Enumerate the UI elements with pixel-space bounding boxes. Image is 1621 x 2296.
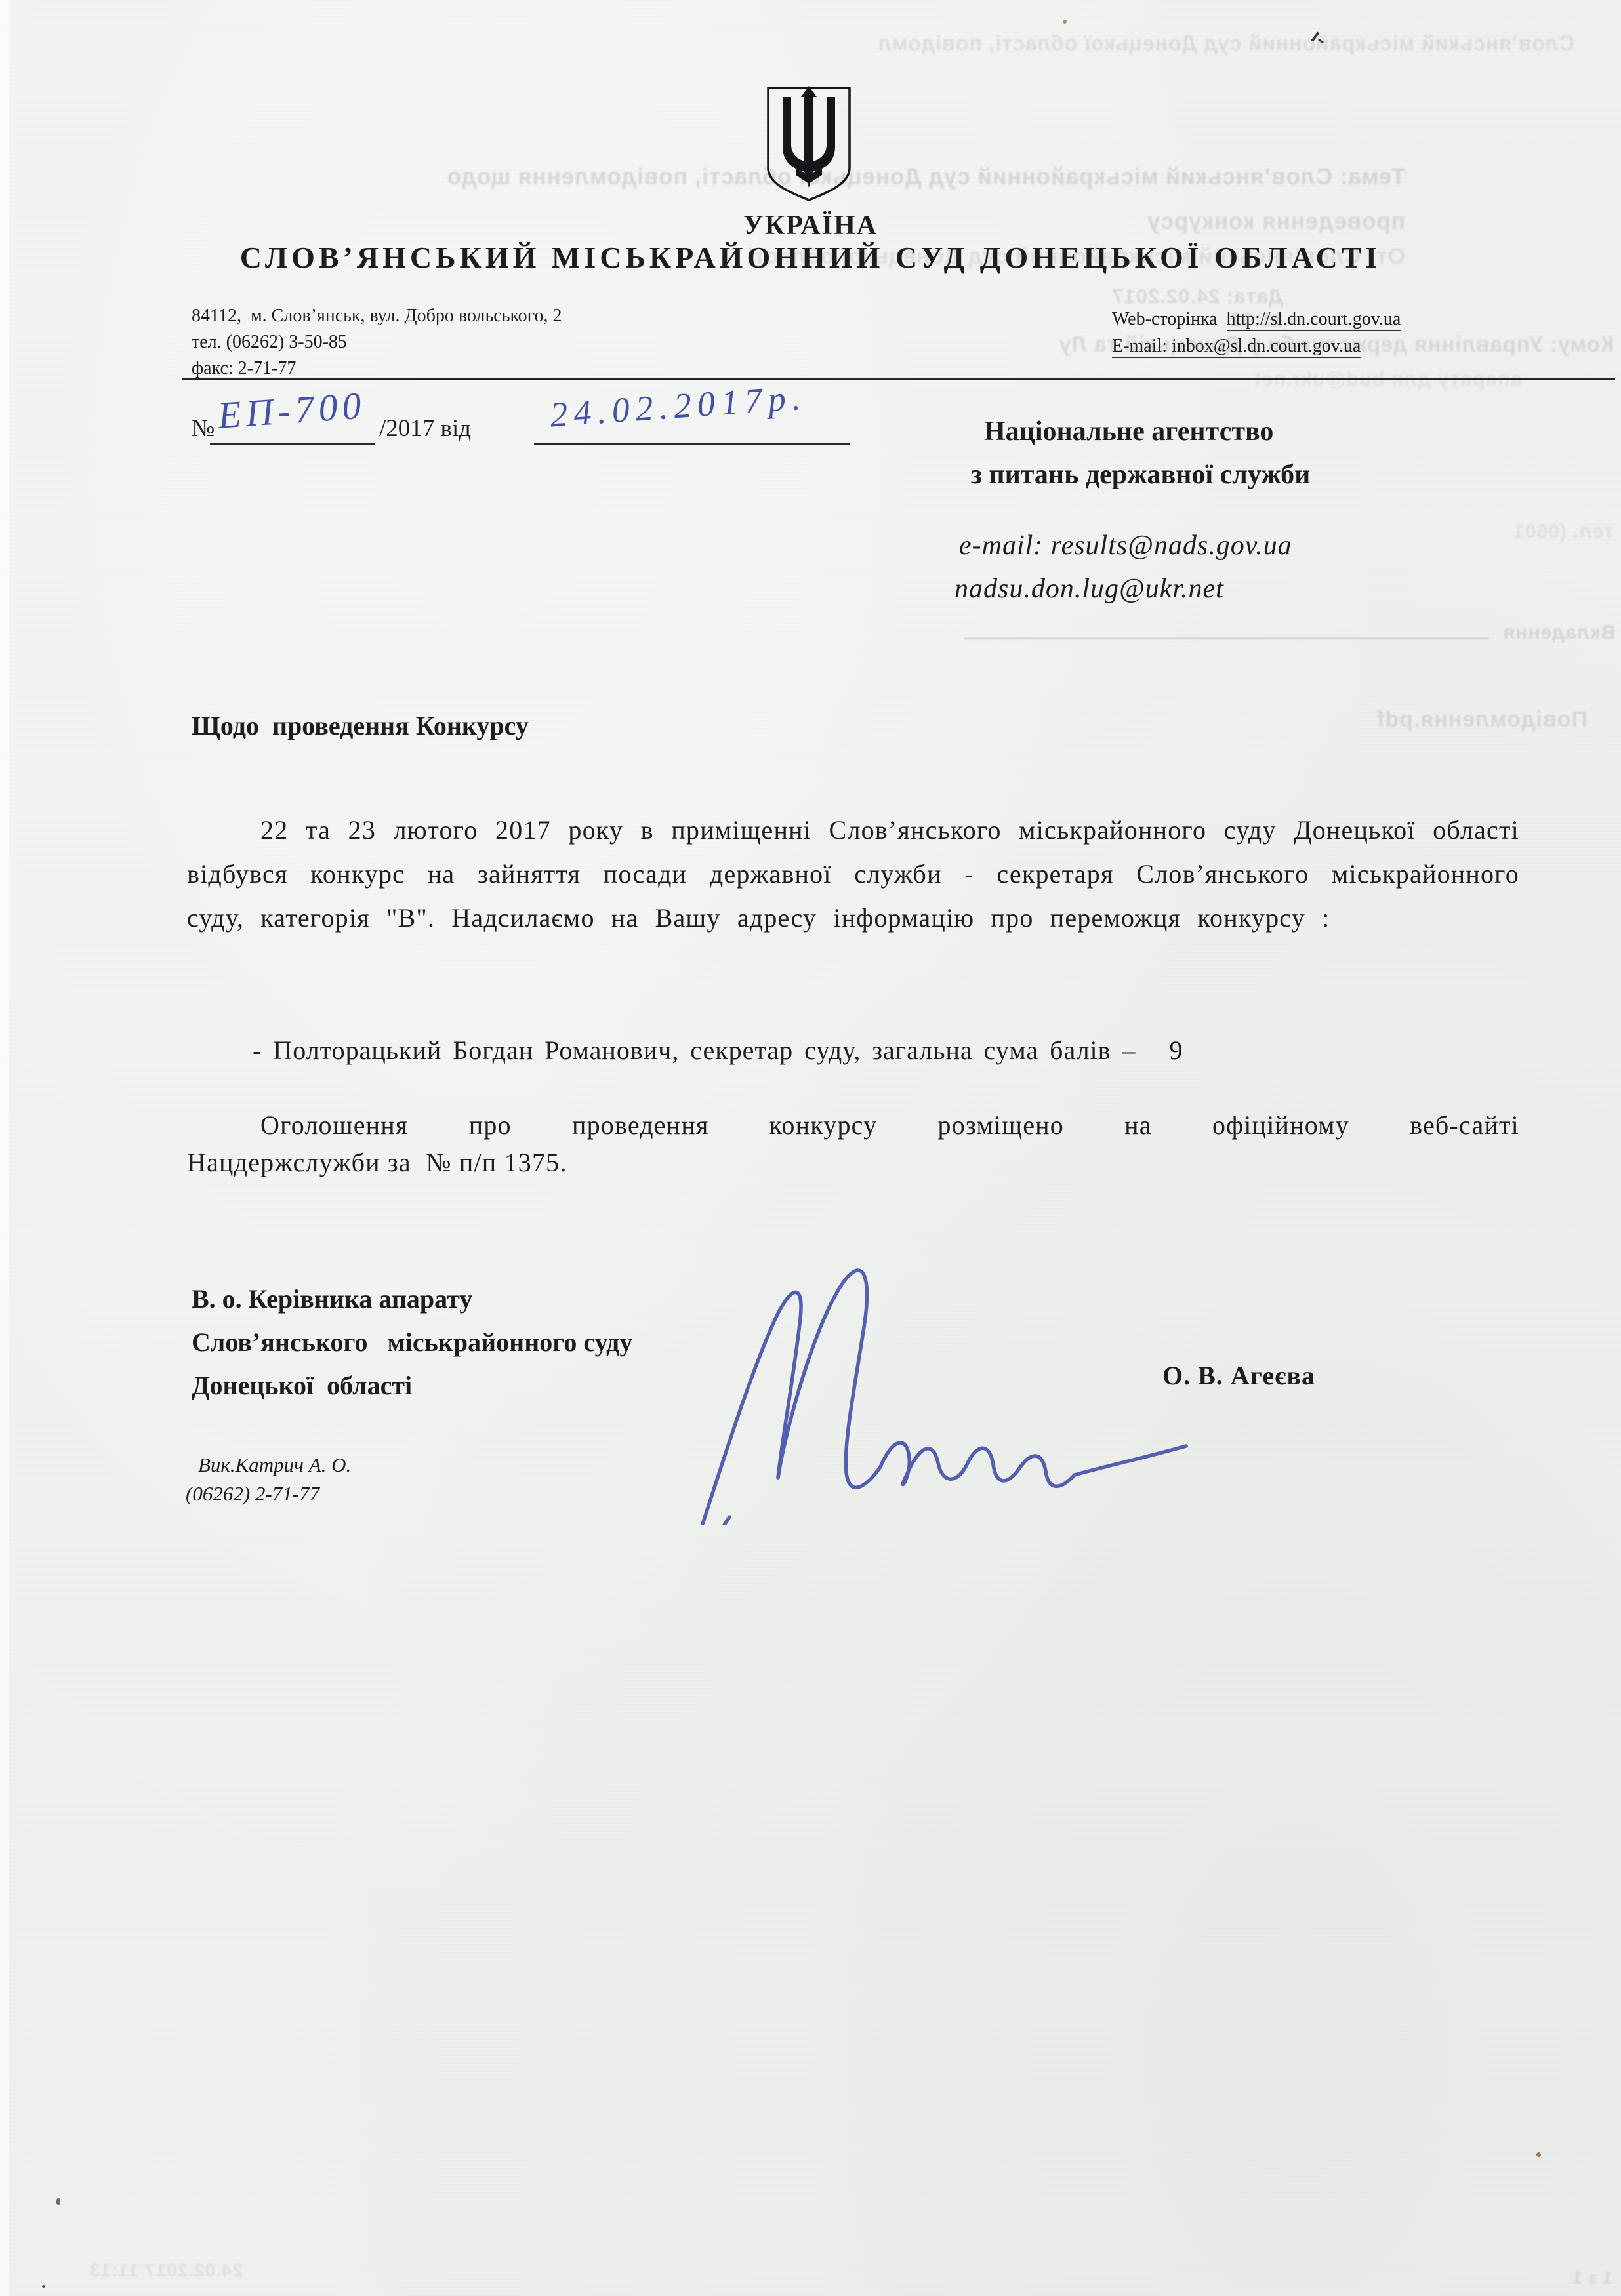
signature-ink — [669, 1210, 1207, 1525]
body-paragraph-1: 22 та 23 лютого 2017 року в приміщенні С… — [187, 808, 1519, 940]
signoff-line1: В. о. Керівника апарату — [192, 1278, 632, 1321]
sender-address-block: 84112, м. Слов’янськ, вул. Добро вольськ… — [192, 303, 562, 382]
bleedthrough-divider — [964, 637, 1489, 639]
web-label: Web-сторінка — [1112, 309, 1227, 329]
body-paragraph-2-line2: Нацдержслужби за № п/п 1375. — [187, 1147, 1519, 1178]
signoff-title-block: В. о. Керівника апарату Слов’янського мі… — [192, 1278, 632, 1407]
winner-line: - Полторацький Богдан Романович, секрета… — [253, 1035, 1499, 1066]
ref-date-underline — [534, 443, 850, 445]
scanned-letter-page: Слов’янський міськрайонний суд Донецької… — [0, 0, 1621, 2296]
sender-address: 84112, м. Слов’янськ, вул. Добро вольськ… — [192, 303, 562, 329]
bleedthrough-page-counter: 1 з 1 — [1560, 2268, 1612, 2288]
court-title: СЛОВ’ЯНСЬКИЙ МІСЬКРАЙОННИЙ СУД ДОНЕЦЬКОЇ… — [0, 240, 1621, 275]
scan-edge-highlight — [0, 0, 9, 2296]
ref-year-label: /2017 від — [379, 414, 471, 443]
web-url: http://sl.dn.court.gov.ua — [1227, 309, 1401, 331]
body-paragraph-2-line1: Оголошення про проведення конкурсу розмі… — [187, 1103, 1519, 1147]
bleedthrough-attach-file: Повідомлення.pdf — [1291, 707, 1588, 733]
addressee-email2: nadsu.don.lug@ukr.net — [954, 573, 1224, 605]
bleedthrough-footer-date: 24.02.2017 11:13 — [38, 2260, 243, 2281]
bleedthrough-attach-label: Вкладення — [1497, 622, 1615, 644]
ref-number-handwritten: ЕП-700 — [216, 383, 367, 437]
coat-of-arms-tryzub-icon — [763, 84, 855, 205]
executor-name: Вик.Катрич А. О. — [198, 1453, 351, 1477]
executor-phone: (06262) 2-71-77 — [186, 1482, 319, 1506]
signoff-line3: Донецької області — [192, 1364, 632, 1407]
paper-speck — [42, 2285, 45, 2288]
bleedthrough-top-line: Слов’янський міськрайонний суд Донецької… — [33, 31, 1574, 56]
ref-number-underline — [210, 443, 375, 445]
addressee-line2: з питань державної служби — [971, 459, 1310, 491]
paper-speck — [1063, 20, 1067, 24]
bleedthrough-tel-fragment: тел. (0601 — [1391, 521, 1614, 543]
addressee-email1: e-mail: results@nads.gov.ua — [959, 530, 1292, 561]
country-heading: УКРАЇНА — [0, 210, 1621, 241]
paper-speck — [56, 2198, 60, 2205]
ref-date-handwritten: 24.02.2017р. — [548, 376, 808, 435]
ref-number-sign: № — [192, 414, 215, 443]
letterhead-divider — [182, 378, 1615, 380]
addressee-line1: Національне агентство — [984, 416, 1273, 447]
paper-speck — [1536, 2152, 1541, 2157]
sender-web-block: Web-сторінка http://sl.dn.court.gov.ua E… — [1112, 306, 1401, 359]
signoff-line2: Слов’янського міськрайонного суду — [192, 1321, 632, 1364]
subject-line: Щодо проведення Конкурсу — [192, 710, 529, 741]
sender-phone: тел. (06262) 3-50-85 — [192, 329, 562, 355]
sender-email: E-mail: inbox@sl.dn.court.gov.ua — [1112, 336, 1361, 358]
ink-tick-mark — [1318, 39, 1324, 44]
